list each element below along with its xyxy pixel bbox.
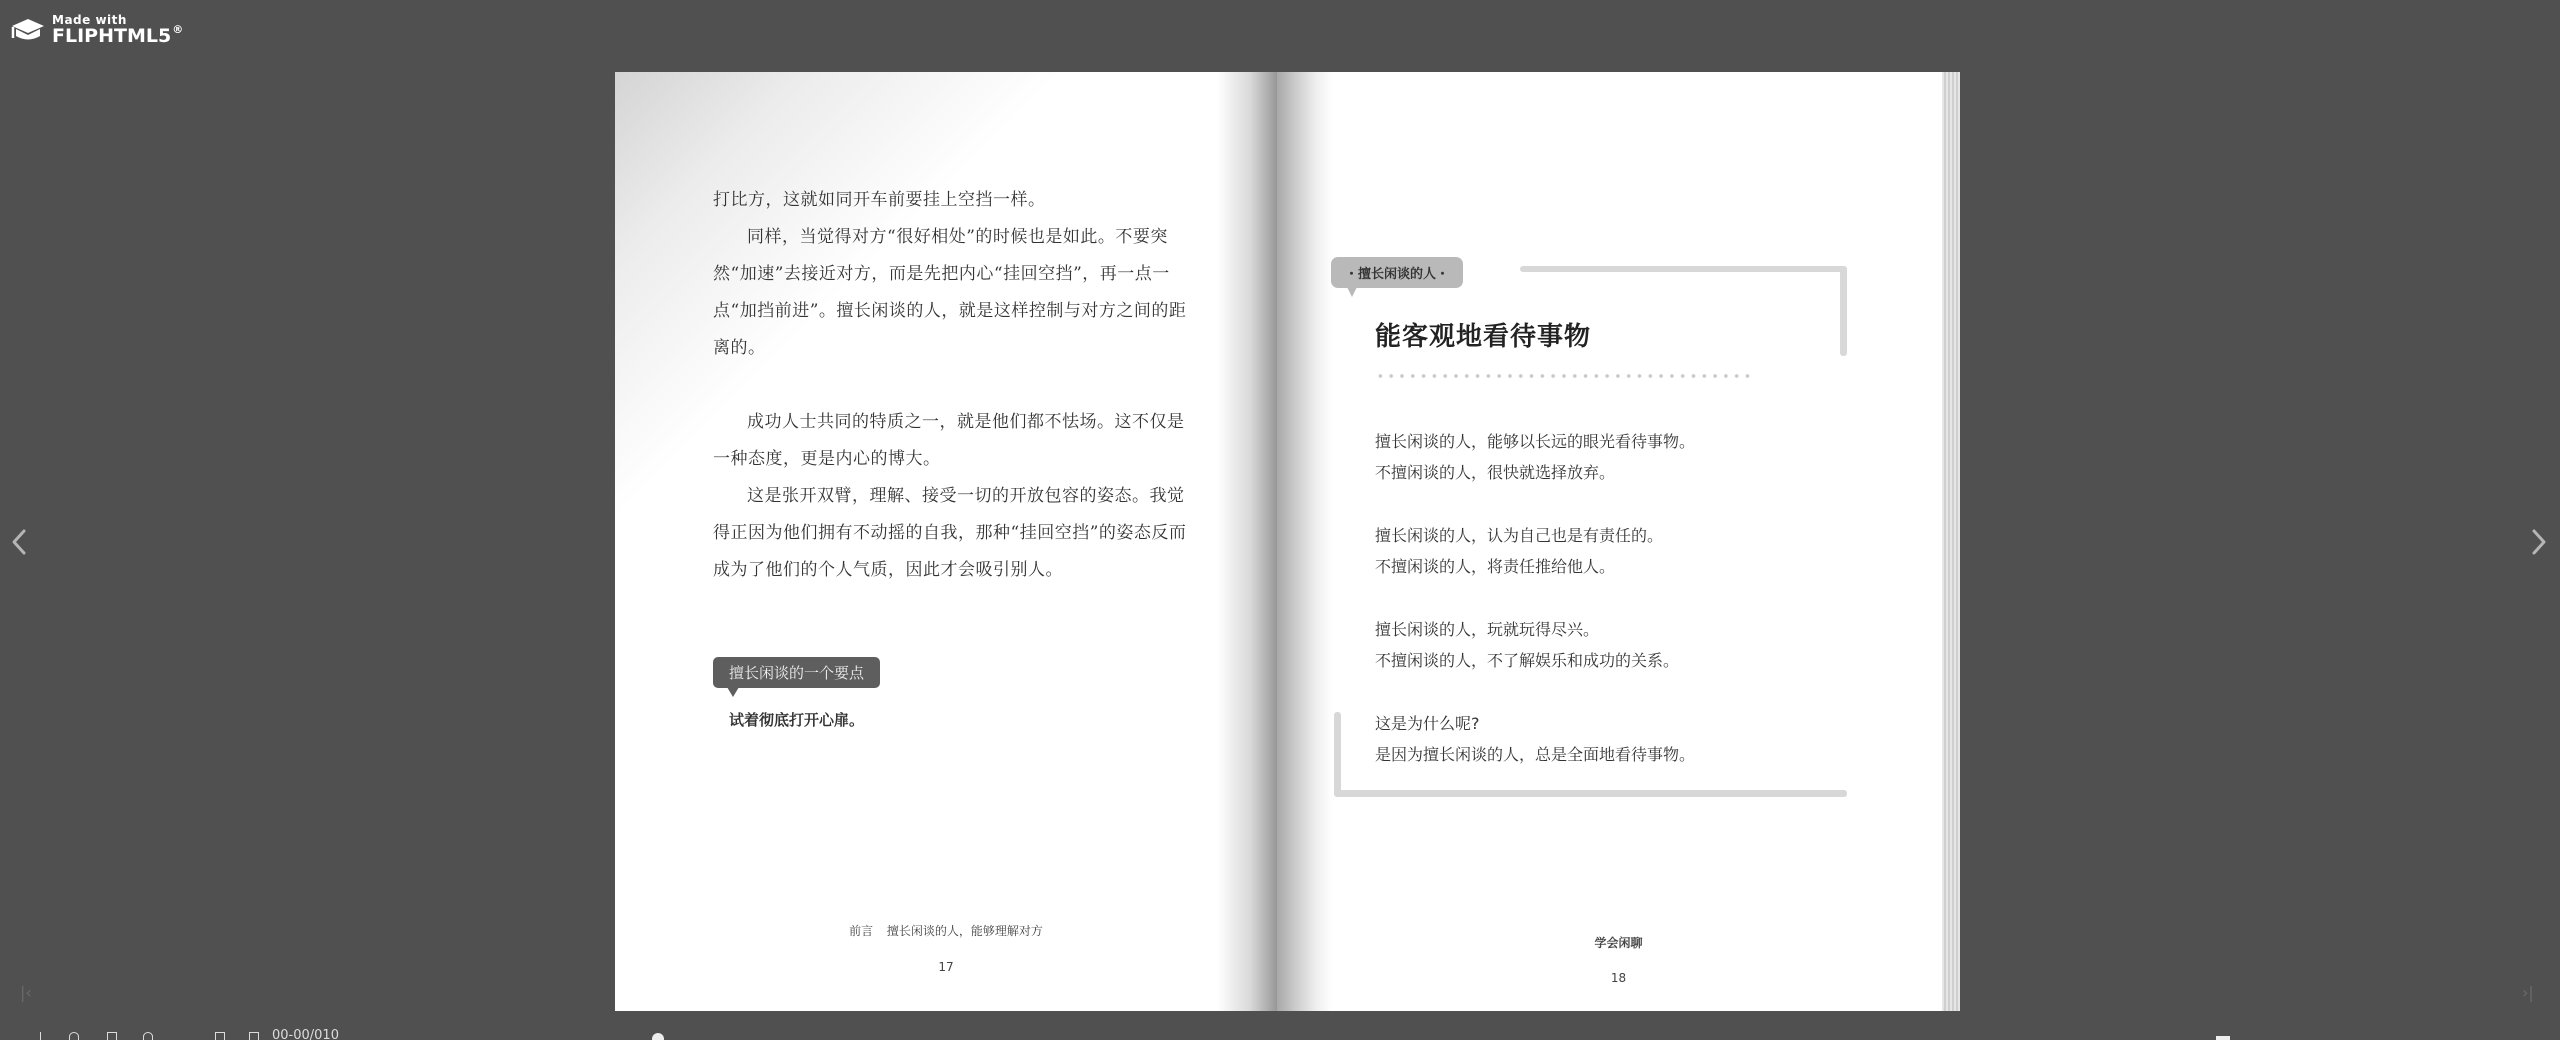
chevron-left-icon [4, 517, 34, 567]
bottom-toolbar: 00-00/010 [0, 1028, 2560, 1040]
more-options-icon[interactable] [2216, 1036, 2230, 1040]
zoom-icon[interactable] [140, 1028, 154, 1040]
book-logo-icon [10, 16, 46, 44]
section-tag: ・擅长闲谈的人・ [1331, 257, 1463, 288]
left-page[interactable]: 打比方，这就如同开车前要挂上空挡一样。 同样，当觉得对方“很好相处”的时候也是如… [615, 72, 1277, 1011]
comparison-pair: 擅长闲谈的人，能够以长远的眼光看待事物。 不擅闲谈的人，很快就选择放弃。 [1375, 426, 1845, 488]
paragraph: 打比方，这就如同开车前要挂上空挡一样。 [713, 182, 1193, 219]
fullscreen-icon[interactable] [246, 1028, 260, 1040]
section-title: 能客观地看待事物 [1375, 316, 1591, 353]
decorative-bracket [1840, 266, 1847, 356]
right-page[interactable]: ・擅长闲谈的人・ 能客观地看待事物 擅长闲谈的人，能够以长远的眼光看待事物。 不… [1277, 72, 1960, 1011]
decorative-bracket [1334, 790, 1847, 797]
footer-chapter: 前言 [849, 924, 873, 938]
paragraph: 成功人士共同的特质之一，就是他们都不怯场。这不仅是一种态度，更是内心的博大。 [713, 404, 1193, 478]
right-page-number: 18 [1277, 971, 1960, 985]
comparison-pair: 擅长闲谈的人，认为自己也是有责任的。 不擅闲谈的人，将责任推给他人。 [1375, 520, 1845, 582]
flipbook[interactable]: 打比方，这就如同开车前要挂上空挡一样。 同样，当觉得对方“很好相处”的时候也是如… [615, 72, 1960, 1011]
left-page-number: 17 [615, 960, 1277, 974]
right-page-footer: 学会闲聊 [1277, 934, 1960, 951]
thumbnails-icon[interactable] [104, 1028, 118, 1040]
left-page-footer: 前言 擅长闲谈的人，能够理解对方 [615, 922, 1277, 939]
brand-label: FLIPHTML5® [52, 27, 183, 46]
tip-label: 擅长闲谈的一个要点 [713, 657, 880, 688]
left-page-body: 打比方，这就如同开车前要挂上空挡一样。 同样，当觉得对方“很好相处”的时候也是如… [713, 182, 1193, 589]
fliphtml5-logo[interactable]: Made with FLIPHTML5® [10, 14, 183, 46]
sound-icon[interactable] [174, 1028, 188, 1040]
page-counter: 00-00/010 [272, 1028, 339, 1040]
footer-title: 擅长闲谈的人，能够理解对方 [887, 924, 1043, 938]
home-icon[interactable] [34, 1028, 48, 1040]
comparison-pair: 擅长闲谈的人，玩就玩得尽兴。 不擅闲谈的人，不了解娱乐和成功的关系。 [1375, 614, 1845, 676]
paragraph: 同样，当觉得对方“很好相处”的时候也是如此。不要突然“加速”去接近对方，而是先把… [713, 219, 1193, 367]
first-page-button[interactable]: |‹ [20, 983, 32, 1002]
search-icon[interactable] [66, 1028, 80, 1040]
decorative-bracket [1520, 266, 1846, 272]
paragraph: 这是张开双臂，理解、接受一切的开放包容的姿态。我觉得正因为他们拥有不动摇的自我，… [713, 478, 1193, 589]
page-slider-handle[interactable] [652, 1033, 664, 1040]
conclusion: 这是为什么呢? 是因为擅长闲谈的人，总是全面地看待事物。 [1375, 708, 1845, 770]
first-page-icon: |‹ [20, 983, 32, 1002]
prev-page-button[interactable] [4, 517, 34, 567]
dotted-divider [1375, 374, 1753, 378]
tip-text: 试着彻底打开心扉。 [729, 709, 864, 730]
decorative-bracket [1334, 712, 1341, 796]
last-page-icon: ›| [2522, 983, 2534, 1002]
last-page-button[interactable]: ›| [2522, 983, 2534, 1002]
share-icon[interactable] [212, 1028, 226, 1040]
chevron-right-icon [2524, 517, 2554, 567]
next-page-button[interactable] [2524, 517, 2554, 567]
